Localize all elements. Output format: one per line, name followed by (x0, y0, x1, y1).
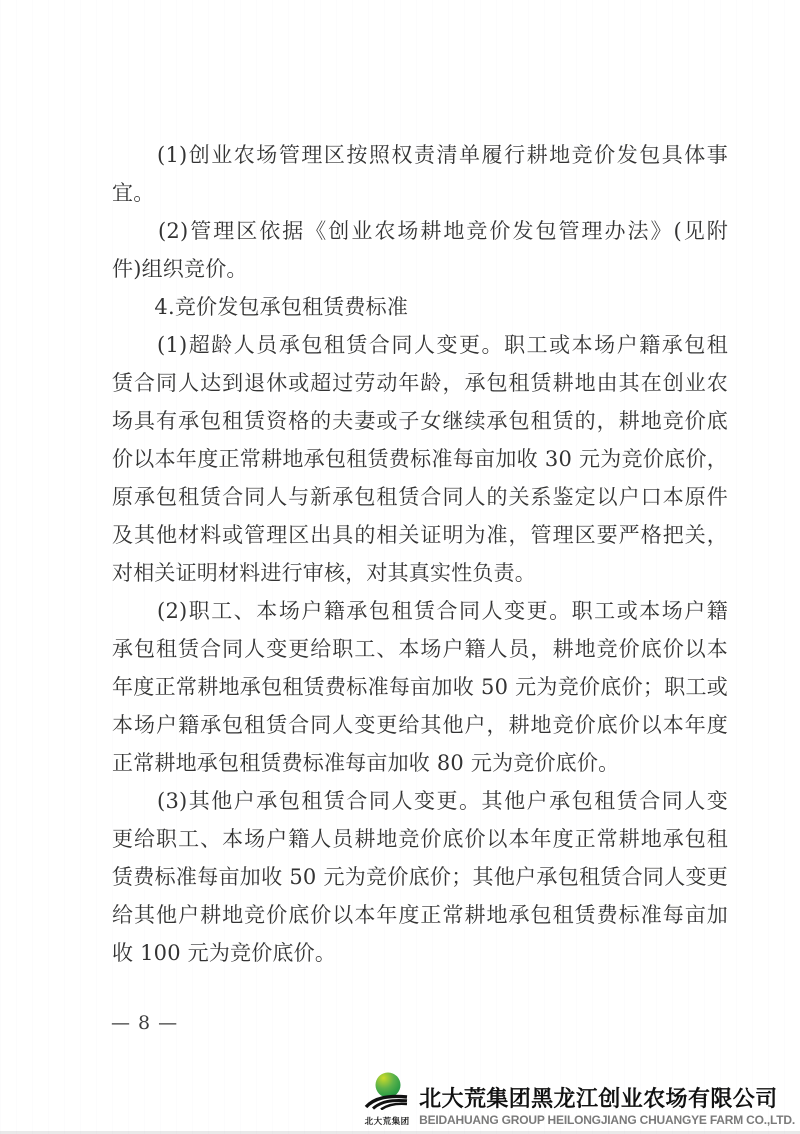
text-line: (1)创业农场管理区按照权责清单履行耕地竞价发包具体事 (112, 136, 728, 174)
company-name-block: 北大荒集团黑龙江创业农场有限公司 BEIDAHUANG GROUP HEILON… (419, 1086, 795, 1127)
text-line: 件)组织竞价。 (112, 250, 728, 288)
document-page: (1)创业农场管理区按照权责清单履行耕地竞价发包具体事宜。 (2)管理区依据《创… (0, 0, 800, 1134)
text-line: 赁合同人达到退休或超过劳动年龄，承包租赁耕地由其在创业农 (112, 364, 728, 402)
page-number: — 8 — (111, 1012, 178, 1034)
section-heading-4: 4.竞价发包承包租赁费标准 (112, 288, 728, 326)
text-line: 原承包租赁合同人与新承包租赁合同人的关系鉴定以户口本原件 (112, 478, 728, 516)
text-line: 承包租赁合同人变更给职工、本场户籍人员，耕地竞价底价以本 (112, 630, 728, 668)
document-body: (1)创业农场管理区按照权责清单履行耕地竞价发包具体事宜。 (2)管理区依据《创… (112, 136, 728, 972)
beidahuang-sun-field-icon (364, 1072, 410, 1114)
company-name-en: BEIDAHUANG GROUP HEILONGJIANG CHUANGYE F… (419, 1113, 795, 1127)
paragraph-4-3: (3)其他户承包租赁合同人变更。其他户承包租赁合同人变更给职工、本场户籍人员耕地… (112, 782, 728, 972)
text-line: 宜。 (112, 174, 728, 212)
footer-brand: 北大荒集团 北大荒集团黑龙江创业农场有限公司 BEIDAHUANG GROUP … (362, 1072, 795, 1127)
text-line: 赁费标准每亩加收 50 元为竞价底价；其他户承包租赁合同人变更 (112, 858, 728, 896)
text-line: 本场户籍承包租赁合同人变更给其他户，耕地竞价底价以本年度 (112, 706, 728, 744)
text-line: 年度正常耕地承包租赁费标准每亩加收 50 元为竞价底价；职工或 (112, 668, 728, 706)
logo-caption: 北大荒集团 (365, 1115, 410, 1127)
company-name-cn: 北大荒集团黑龙江创业农场有限公司 (419, 1086, 777, 1112)
paragraph-2: (2)管理区依据《创业农场耕地竞价发包管理办法》(见附件)组织竞价。 (112, 212, 728, 288)
text-line: 收 100 元为竞价底价。 (112, 934, 728, 972)
text-line: 更给职工、本场户籍人员耕地竞价底价以本年度正常耕地承包租 (112, 820, 728, 858)
text-line: 及其他材料或管理区出具的相关证明为准，管理区要严格把关， (112, 516, 728, 554)
text-line: 价以本年度正常耕地承包租赁费标准每亩加收 30 元为竞价底价， (112, 440, 728, 478)
text-line: (1)超龄人员承包租赁合同人变更。职工或本场户籍承包租 (112, 326, 728, 364)
beidahuang-logo: 北大荒集团 (362, 1072, 412, 1127)
text-line: 场具有承包租赁资格的夫妻或子女继续承包租赁的，耕地竞价底 (112, 402, 728, 440)
text-line: 对相关证明材料进行审核，对其真实性负责。 (112, 554, 728, 592)
text-line: (3)其他户承包租赁合同人变更。其他户承包租赁合同人变 (112, 782, 728, 820)
paragraph-1: (1)创业农场管理区按照权责清单履行耕地竞价发包具体事宜。 (112, 136, 728, 212)
paragraph-4-2: (2)职工、本场户籍承包租赁合同人变更。职工或本场户籍承包租赁合同人变更给职工、… (112, 592, 728, 782)
text-line: (2)管理区依据《创业农场耕地竞价发包管理办法》(见附 (112, 212, 728, 250)
text-line: 正常耕地承包租赁费标准每亩加收 80 元为竞价底价。 (112, 744, 728, 782)
text-line: 4.竞价发包承包租赁费标准 (112, 288, 728, 326)
text-line: 给其他户耕地竞价底价以本年度正常耕地承包租赁费标准每亩加 (112, 896, 728, 934)
paragraph-4-1: (1)超龄人员承包租赁合同人变更。职工或本场户籍承包租赁合同人达到退休或超过劳动… (112, 326, 728, 592)
text-line: (2)职工、本场户籍承包租赁合同人变更。职工或本场户籍 (112, 592, 728, 630)
